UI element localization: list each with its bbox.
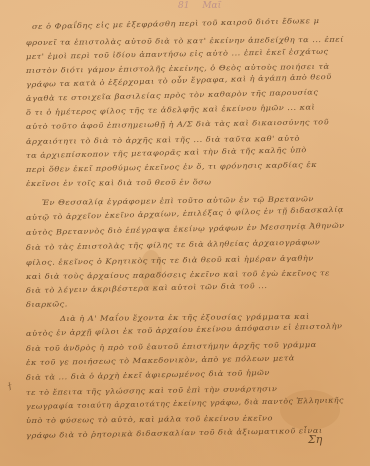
manuscript-line: Διὰ ἡ Α' Μαΐου ἔχοντα ἐκ τῆς ἐξουσίας γρ… (60, 312, 310, 323)
manuscript-line: αὐτὸς Βρεταννὸς διὸ ἐπέγραψα ἐκείνῳ γράφ… (26, 221, 345, 237)
margin-mark: ϯ (6, 380, 14, 393)
folio-annotation: 81 Μαΐ (178, 1, 221, 11)
manuscript-line: διαρκῶς. (26, 299, 68, 309)
manuscript-line: Ἐν Θεσσαλίᾳ ἐγράφομεν ἐπὶ τοῦτο αὐτῶν ἐν… (42, 194, 314, 207)
manuscript-line: αὐτὸ τοῦτο ἀφοῦ ἐπισημειωθῇ ἡ Α/Σ διὰ τὰ… (26, 117, 329, 131)
manuscript-page: 81 Μαΐ σε ὁ Φραΐδης εἰς με ἐξεφράσθη περ… (0, 0, 370, 466)
signature: Ση (308, 433, 322, 446)
manuscript-line: αὐτῷ τὸ ἀρχεῖον ἐκεῖνο ἀρχαίων, ἐπιλέξας… (26, 205, 344, 222)
manuscript-line: ἀγαθὰ τε στοιχεῖα βασιλείας πρὸς τὸν καθ… (26, 87, 319, 103)
manuscript-line: διὰ τὸ τὰς ἐπιστολὰς τῆς φίλης τε διὰ ἀλ… (26, 237, 320, 252)
manuscript-line: τε τὸ ἔπειτα τῆς γλώσσης καὶ τοῦ ἐπὶ τὴν… (26, 384, 277, 397)
manuscript-line: φίλος. ἐκεῖνος ὁ Κρητικὸς τῆς τε διὰ θεο… (26, 253, 314, 267)
manuscript-line: ἐκ τοῦ γε ποιήσεως τὸ Μακεδονικὸν, ἀπὸ γ… (26, 353, 295, 367)
manuscript-line: σε ὁ Φραΐδης εἰς με ἐξεφράσθη περὶ τοῦ κ… (32, 16, 320, 31)
manuscript-line: αὐτὸς ἐν ἀρχῇ φίλοι ἐκ τοῦ ἀρχαίου ἐκείν… (26, 321, 343, 338)
manuscript-line: φρονεῖ τα ἐπιστολὰς αὐτοῦ διὰ τὸ κατ' ἐκ… (26, 35, 344, 47)
manuscript-line: γράφω τα κατὰ ὁ ἐξέρχομαι τὸ οὖν ἔγραφα,… (26, 72, 332, 89)
manuscript-line: καὶ διὰ τοὺς ἀρχαίους παραδόσεις ἐκεῖνο … (26, 268, 330, 281)
manuscript-line: ὑπὸ τὸ φύσεως τὸ αὐτὸ, καὶ μάλα τοῦ ἐκεί… (26, 413, 273, 425)
manuscript-line: γράφω διὰ τὸ ῥητορικὰ διδασκαλίαν τοῦ δι… (26, 426, 323, 440)
folio-note: Μαΐ (202, 1, 221, 11)
manuscript-line: ἐκεῖνοι ἐν τοῖς καὶ διὰ τοῦ θεοῦ ἐν ὅσω (26, 177, 212, 188)
manuscript-line: περὶ ὅθεν ἐκεῖ προθύμως ἐκεῖνος ἐν ὅ, τι… (26, 160, 317, 174)
manuscript-line: ὅ τι ὁ ἡμέτερος φίλος τῆς τε ἀδελφῆς καὶ… (26, 102, 315, 117)
manuscript-line: τα ἀρχιεπίσκοπον τῆς μεταφορᾶς καὶ τὴν δ… (26, 145, 307, 160)
manuscript-line: διὰ τὰ ... διὰ ὁ ἀρχὴ ἐκεῖ ἀφιερωμένος δ… (26, 368, 270, 382)
manuscript-line: διὰ τοῦ ἀνδρὸς ἡ πρὸ τοῦ ἑαυτοῦ ἐπιστήμη… (26, 340, 317, 353)
folio-number: 81 (178, 1, 189, 11)
manuscript-line: μετ' ἐμοὶ περὶ τοῦ ἰδίου ἀπαντήσω εἰς αὐ… (26, 47, 329, 61)
manuscript-line: ἀρχαιότητι τὸ διὰ τὸ ἀρχῆς καὶ τῆς ... δ… (26, 134, 300, 146)
manuscript-line: διὰ τὸ λέγειν ἀκριβέστερα καὶ αὐτοὶ τῶν … (26, 281, 268, 295)
